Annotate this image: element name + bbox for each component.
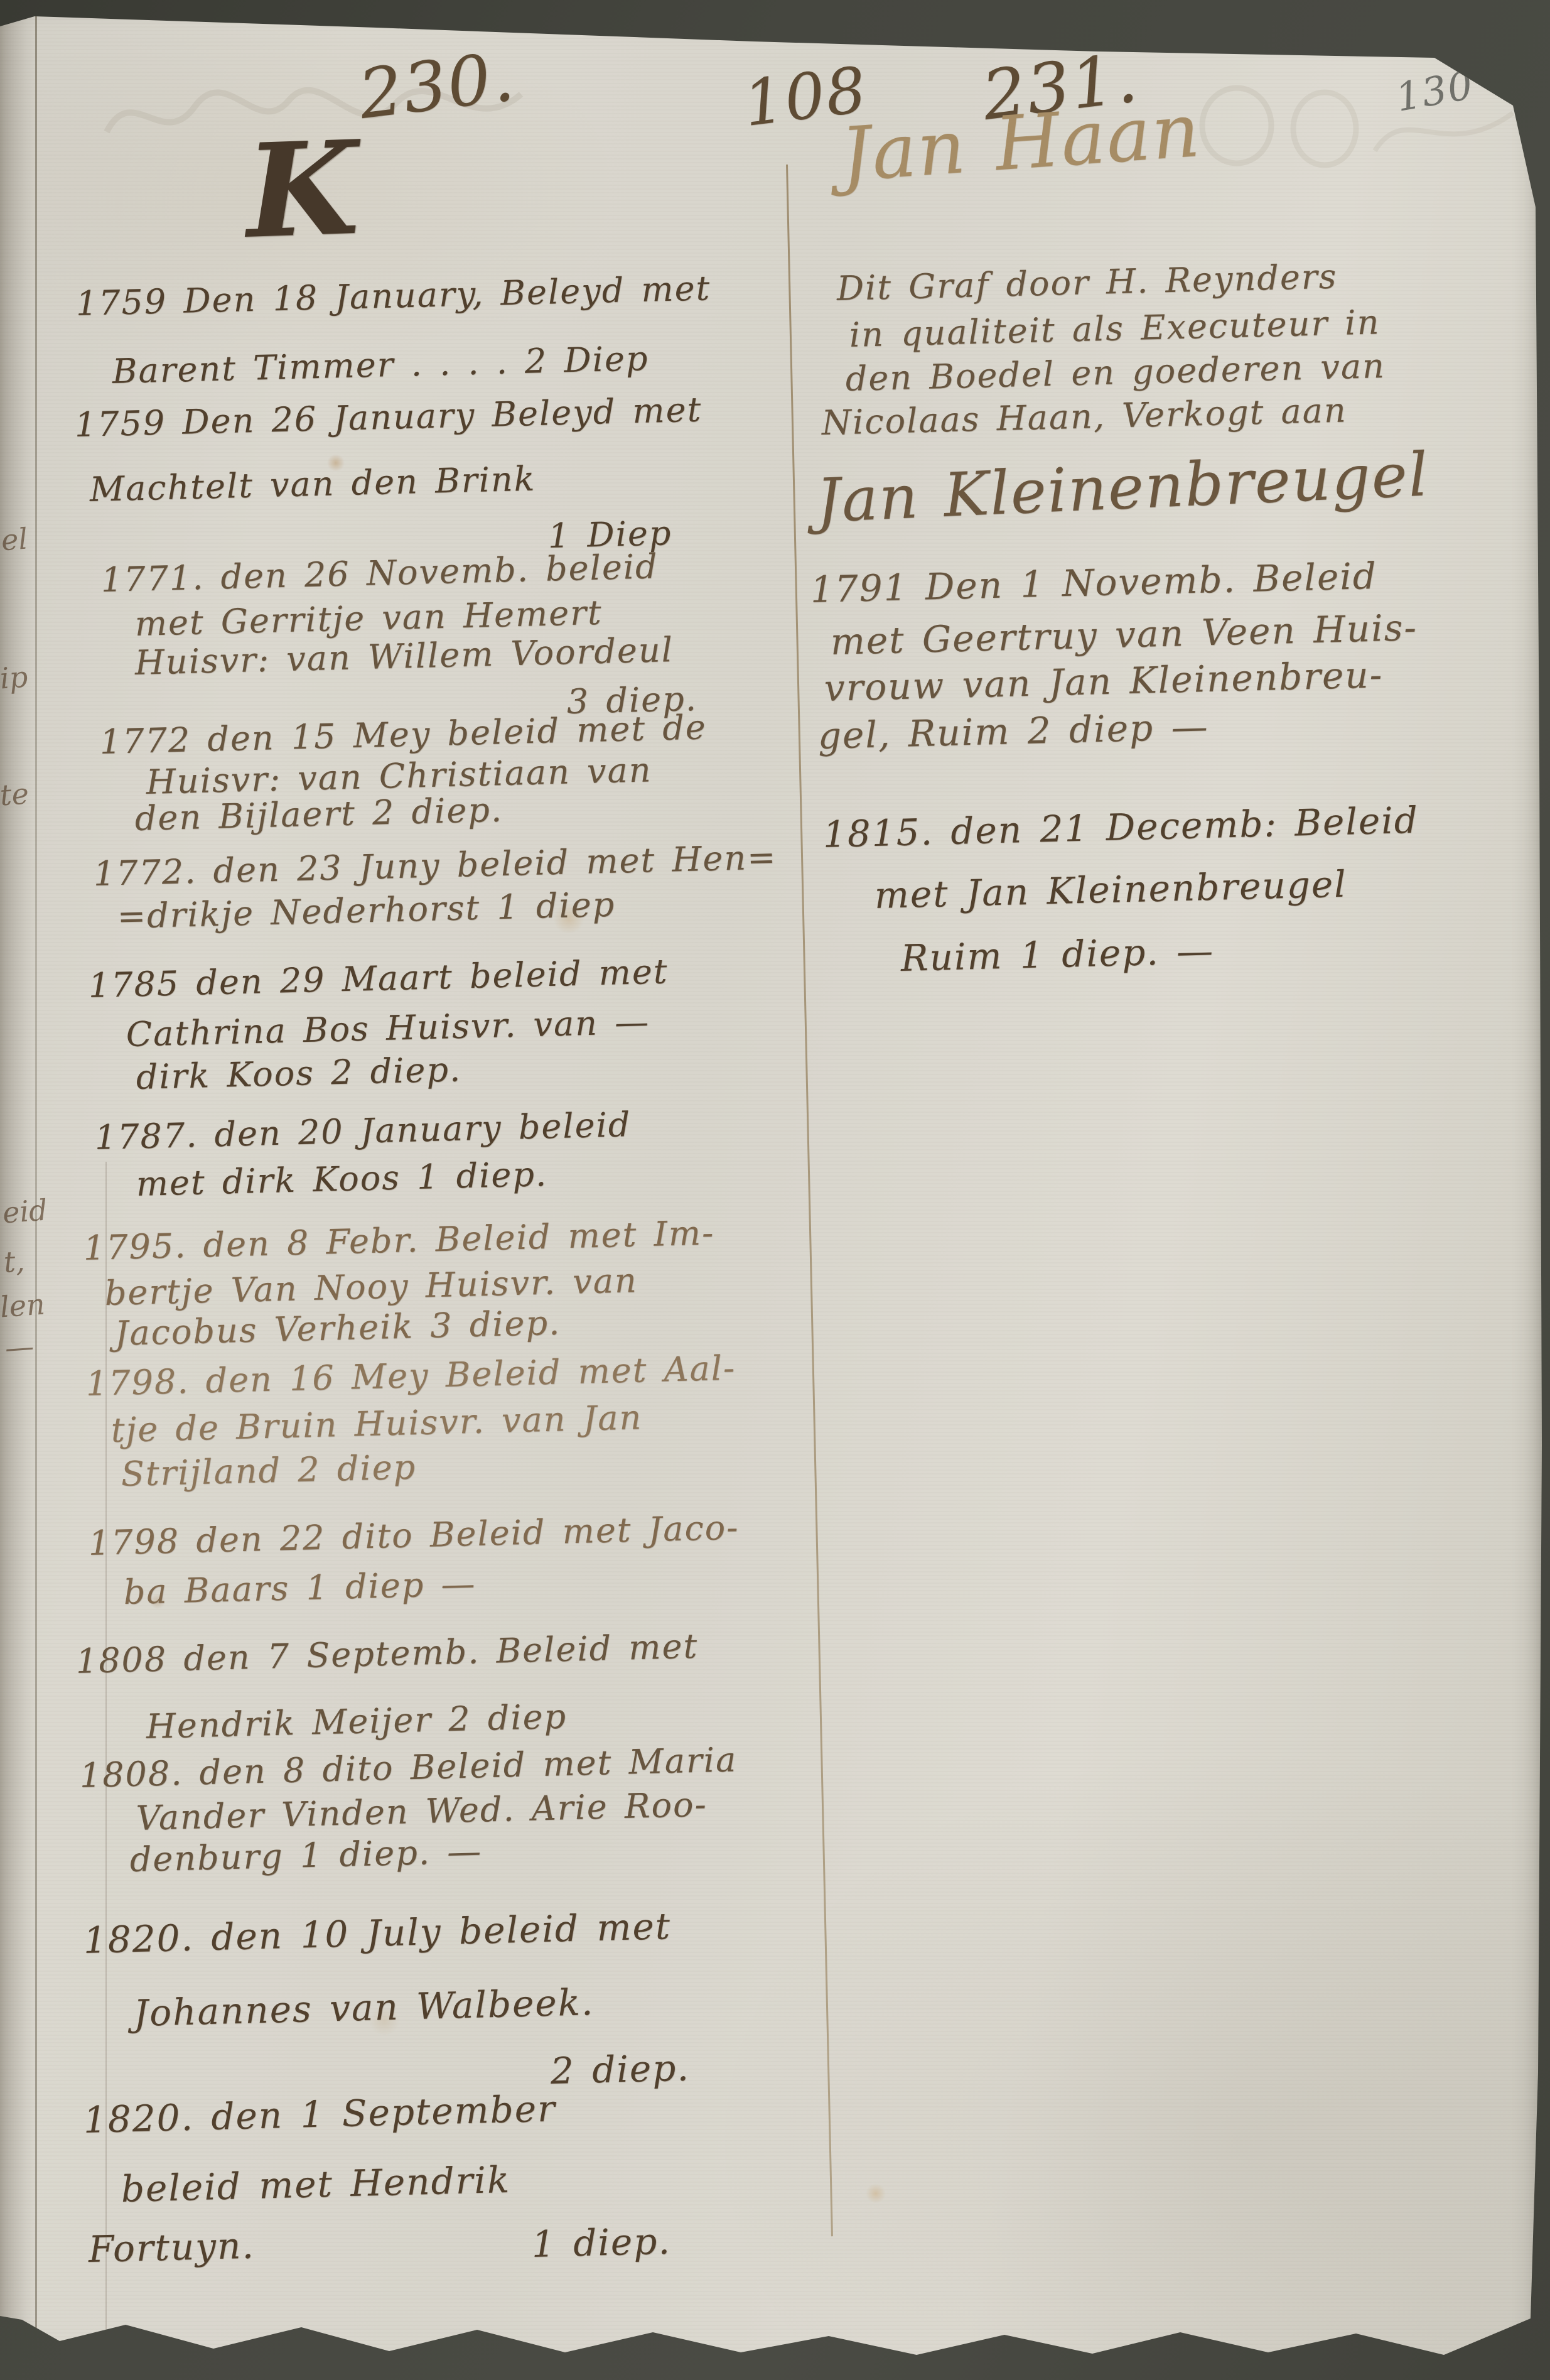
register-line: 1820. den 10 July beleid met [83,1905,672,1962]
register-line: 1791 Den 1 Novemb. Beleid [810,554,1378,611]
register-line: 1785 den 29 Maart beleid met [88,951,669,1005]
grave-owner-heading: Jan Haan [838,87,1203,198]
register-line: gel, Ruim 2 diep — [817,705,1209,757]
register-line: Strijland 2 diep [121,1447,417,1494]
paper-stain [865,2184,886,2203]
register-line: 1759 Den 26 January Beleyd met [74,390,702,445]
register-line: vrouw van Jan Kleinenbreu- [824,653,1384,710]
register-line: 1798. den 16 Mey Beleid met Aal- [85,1348,736,1404]
register-line: 1 diep. [531,2220,672,2266]
register-line: Fortuyn. [88,2224,256,2271]
register-line: 1795. den 8 Febr. Beleid met Im- [83,1213,715,1268]
register-line: Nicolaas Haan, Verkogt aan [821,391,1347,443]
manuscript-page: el ip te eid t, len — 230. 108 231. 130 … [0,0,1550,2380]
register-line: 1759 Den 18 January, Beleyd met [75,268,711,323]
register-line: denburg 1 diep. — [129,1831,483,1880]
register-line: Cathrina Bos Huisvr. van — [126,1002,650,1054]
scan-background: el ip te eid t, len — 230. 108 231. 130 … [0,0,1550,2380]
section-initial: K [244,113,362,268]
register-line: 1808 den 7 Septemb. Beleid met [75,1626,699,1681]
register-line: =drikje Nederhorst 1 diep [117,885,616,936]
register-line: Dit Graf door H. Reynders [836,257,1338,308]
register-line: Machtelt van den Brink [89,459,536,509]
binding-gutter-shadow [0,0,38,2380]
register-line: Johannes van Walbeek. [133,1981,595,2035]
register-line: Vander Vinden Wed. Arie Roo- [136,1785,708,1838]
register-line: in qualiteit als Executeur in [849,302,1380,355]
page-crease [105,1162,107,2330]
register-line: den Bijlaert 2 diep. [134,790,503,838]
register-line: met Jan Kleinenbreugel [874,863,1347,917]
register-line: 1772. den 23 Juny beleid met Hen= [93,837,777,894]
register-line: 1798 den 22 dito Beleid met Jaco- [88,1508,740,1563]
grave-owner-subheading: Jan Kleinenbreugel [815,439,1430,536]
register-line: beleid met Hendrik [121,2158,511,2210]
register-line: tje de Bruin Huisvr. van Jan [110,1397,643,1450]
register-line: 1771. den 26 Novemb. beleid [100,546,659,600]
register-line: 1815. den 21 Decemb: Beleid [822,799,1419,856]
register-line: Hendrik Meijer 2 diep [146,1697,568,1746]
register-line: Ruim 1 diep. — [900,929,1215,980]
register-line: met dirk Koos 1 diep. [136,1154,548,1204]
page-crease [35,13,37,2336]
register-line: dirk Koos 2 diep. [136,1049,462,1097]
ink-bleedthrough [1161,75,1538,176]
register-line: 1787. den 20 January beleid [94,1105,632,1157]
register-line: 1820. den 1 September [83,2087,556,2141]
register-line: Barent Timmer . . . . 2 Diep [112,338,649,391]
register-line: ba Baars 1 diep — [123,1564,476,1612]
register-line: 2 diep. [550,2047,691,2092]
